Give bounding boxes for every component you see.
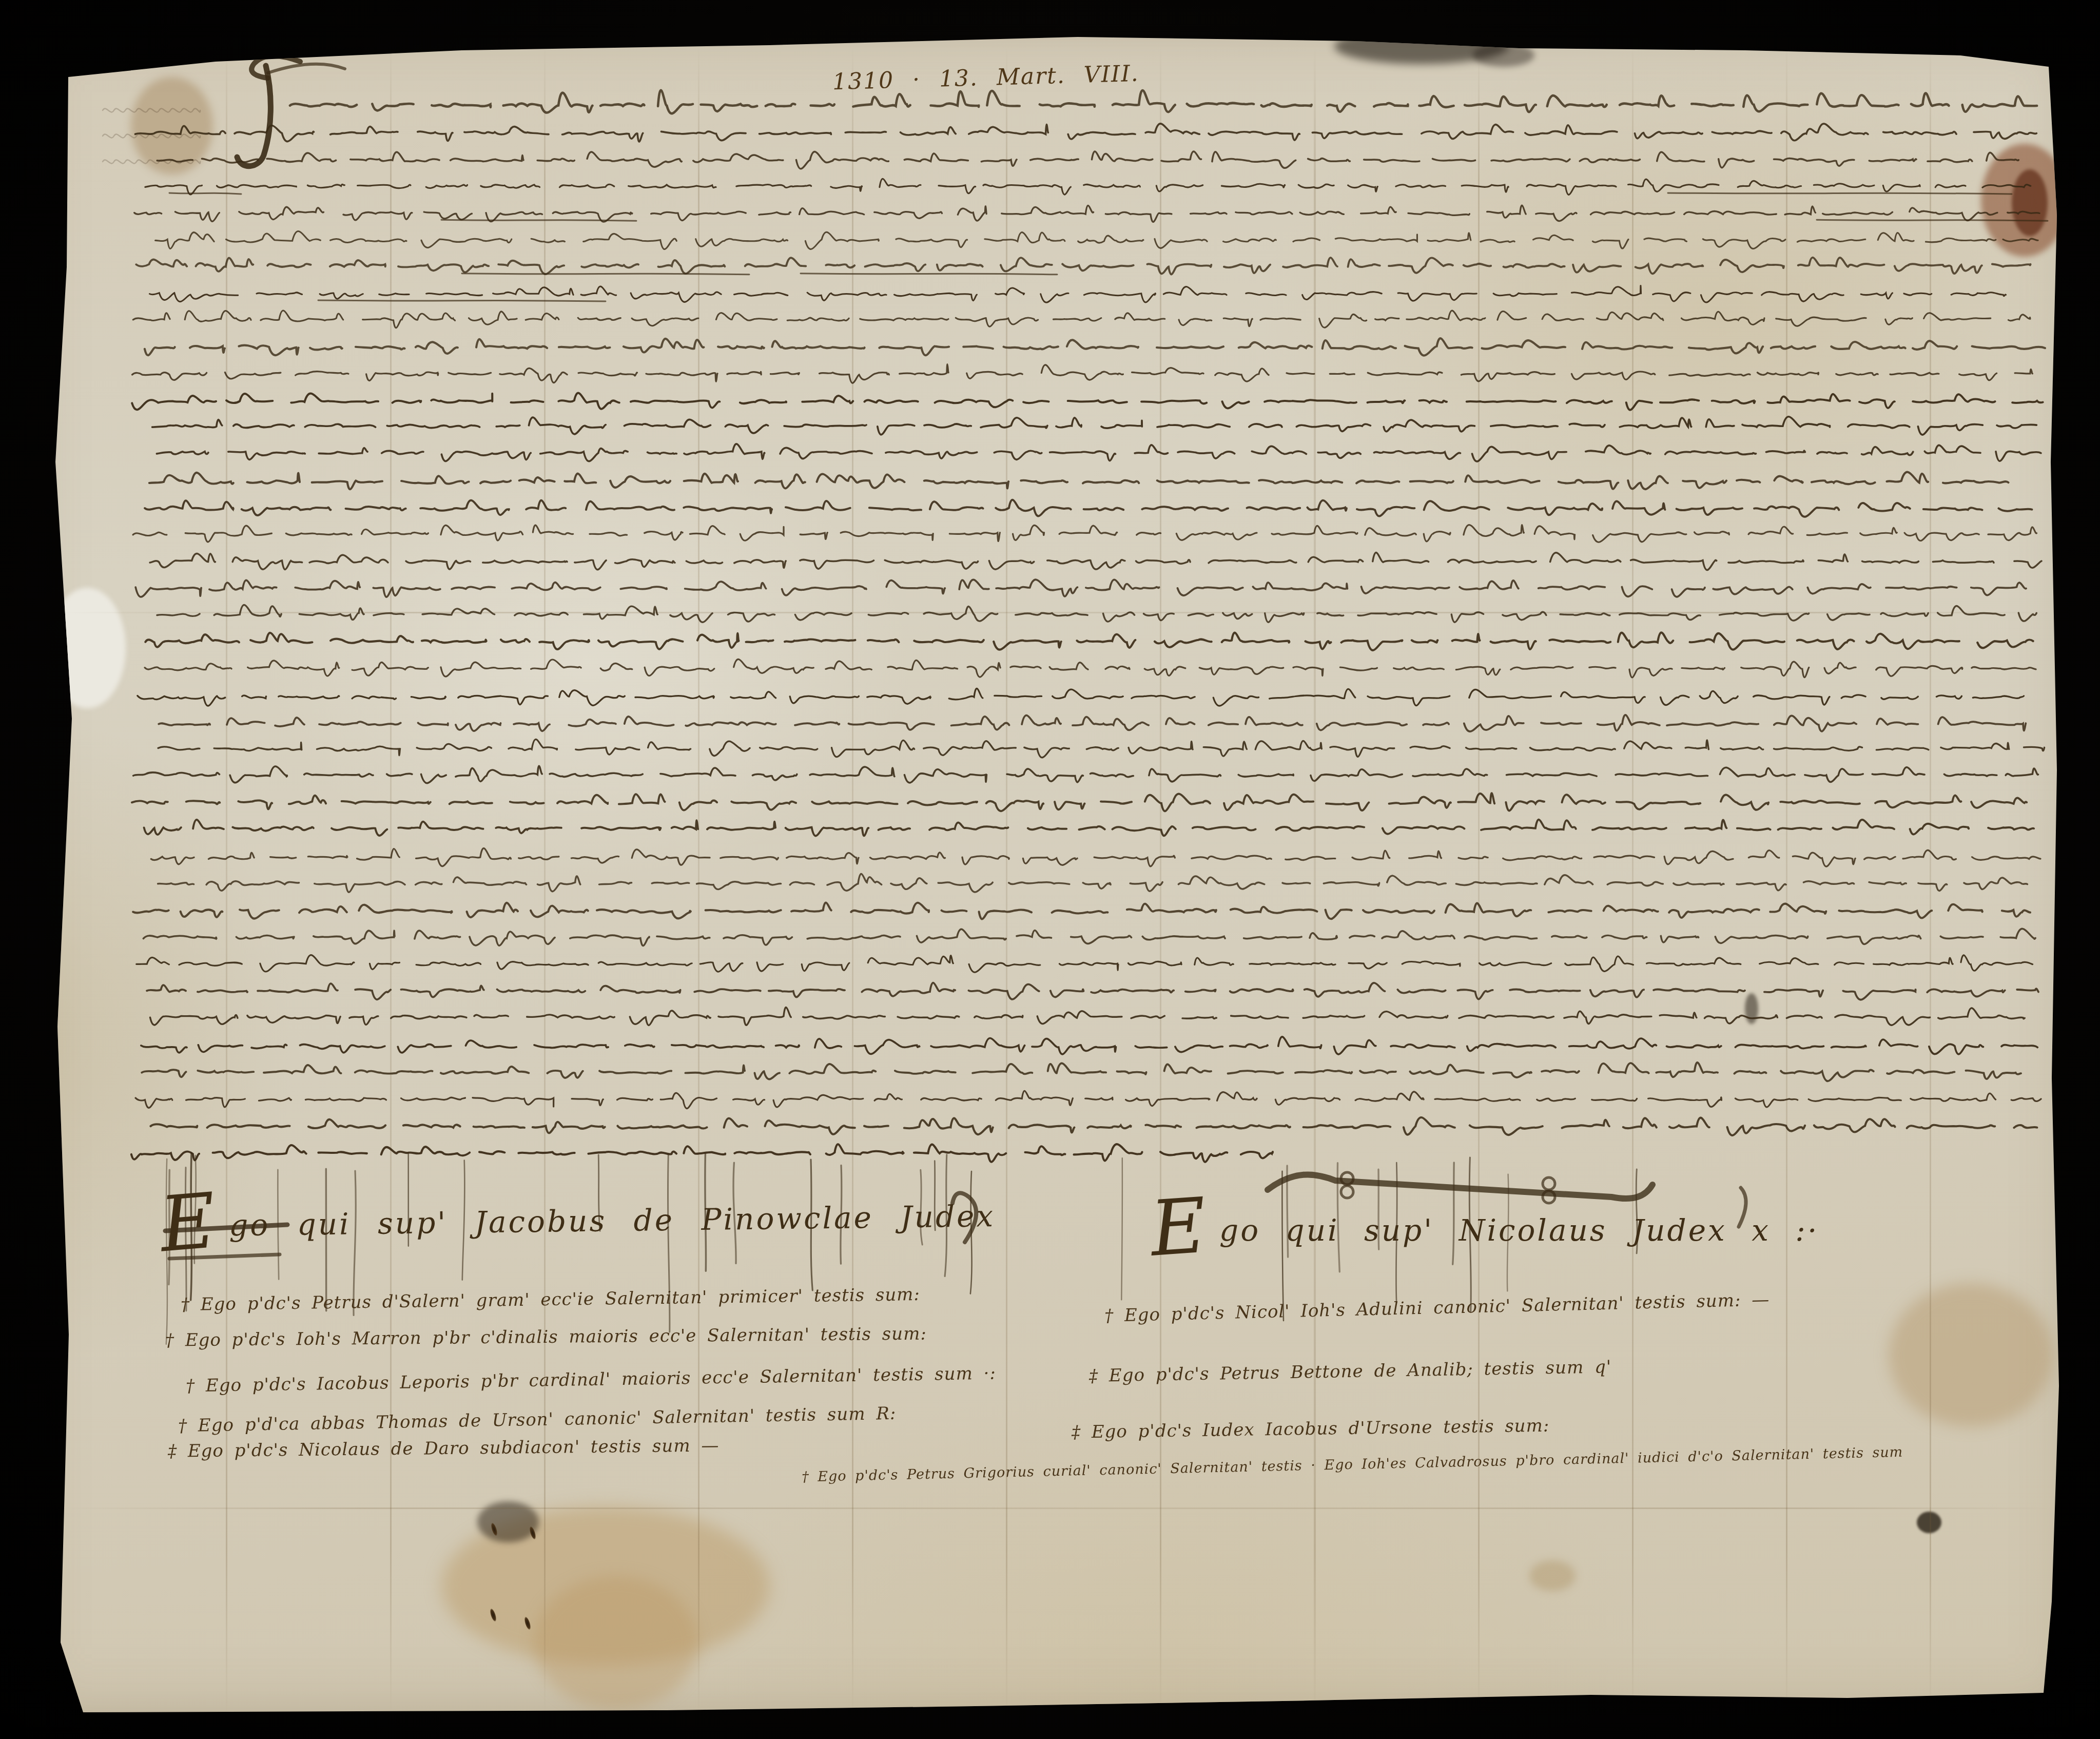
repair-patch xyxy=(49,588,126,708)
fold-crease xyxy=(1930,46,1931,1714)
fold-crease xyxy=(544,46,546,1714)
stain xyxy=(1889,1283,2053,1427)
photo-stage: 1310 · 13. Mart. VIII. E go qui sup' Jac… xyxy=(0,0,2100,1739)
stain xyxy=(131,77,213,175)
water-stain xyxy=(441,1506,770,1666)
rust-stain-core xyxy=(2012,169,2048,236)
seal-slit xyxy=(523,1616,532,1631)
seal-slit xyxy=(490,1522,499,1537)
witness-subscription: † Ego p'dc's Nicol' Ioh's Adulini canoni… xyxy=(1104,1289,1770,1326)
witness-subscription: † Ego p'dc's Petrus Grigorius curial' ca… xyxy=(802,1444,1903,1485)
stain xyxy=(1529,1560,1576,1591)
ink-spot xyxy=(1917,1512,1941,1533)
signature-text: go qui sup' Nicolaus Judex x :· xyxy=(1219,1213,1819,1255)
stain xyxy=(1334,28,1509,64)
rust-stain xyxy=(1981,144,2068,257)
stain xyxy=(477,1501,539,1542)
signature-initial: E xyxy=(1149,1198,1208,1257)
signature-text: go qui sup' Jacobus de Pinowclae Judex xyxy=(229,1199,996,1250)
witness-subscription: † Ego p'd'ca abbas Thomas de Urson' cano… xyxy=(178,1403,897,1436)
seal-slit xyxy=(529,1526,537,1540)
fold-crease xyxy=(852,46,853,1714)
notary-signature-nicolaus: E go qui sup' Nicolaus Judex x :· xyxy=(1151,1200,1819,1255)
fold-crease xyxy=(62,612,2053,613)
archival-date-note: 1310 · 13. Mart. VIII. xyxy=(832,61,1139,95)
notary-signature-jacobus: E go qui sup' Jacobus de Pinowclae Judex xyxy=(160,1186,995,1250)
signature-initial: E xyxy=(158,1193,218,1252)
fold-crease xyxy=(698,46,699,1714)
witness-subscription: † Ego p'dc's Iacobus Leporis p'br cardin… xyxy=(186,1363,996,1397)
witness-subscription: ‡ Ego p'dc's Nicolaus de Daro subdiacon'… xyxy=(168,1435,720,1461)
fold-crease xyxy=(62,1508,2053,1509)
parchment-sheet: 1310 · 13. Mart. VIII. E go qui sup' Jac… xyxy=(0,0,2100,1739)
witness-subscription: ‡ Ego p'dc's Iudex Iacobus d'Ursone test… xyxy=(1072,1416,1550,1443)
water-stain xyxy=(534,1576,698,1709)
stain xyxy=(1473,44,1534,67)
witness-subscription: † Ego p'dc's Petrus d'Salern' gram' ecc'… xyxy=(181,1284,920,1315)
fold-crease xyxy=(390,46,392,1714)
fold-crease xyxy=(226,46,227,1714)
witness-subscription: † Ego p'dc's Ioh's Marron p'br c'dinalis… xyxy=(165,1324,927,1351)
ink-spot xyxy=(1745,993,1758,1024)
witness-subscription: ‡ Ego p'dc's Petrus Bettone de Analib; t… xyxy=(1089,1357,1612,1386)
fold-crease xyxy=(1786,46,1787,1714)
seal-slit xyxy=(489,1608,498,1622)
